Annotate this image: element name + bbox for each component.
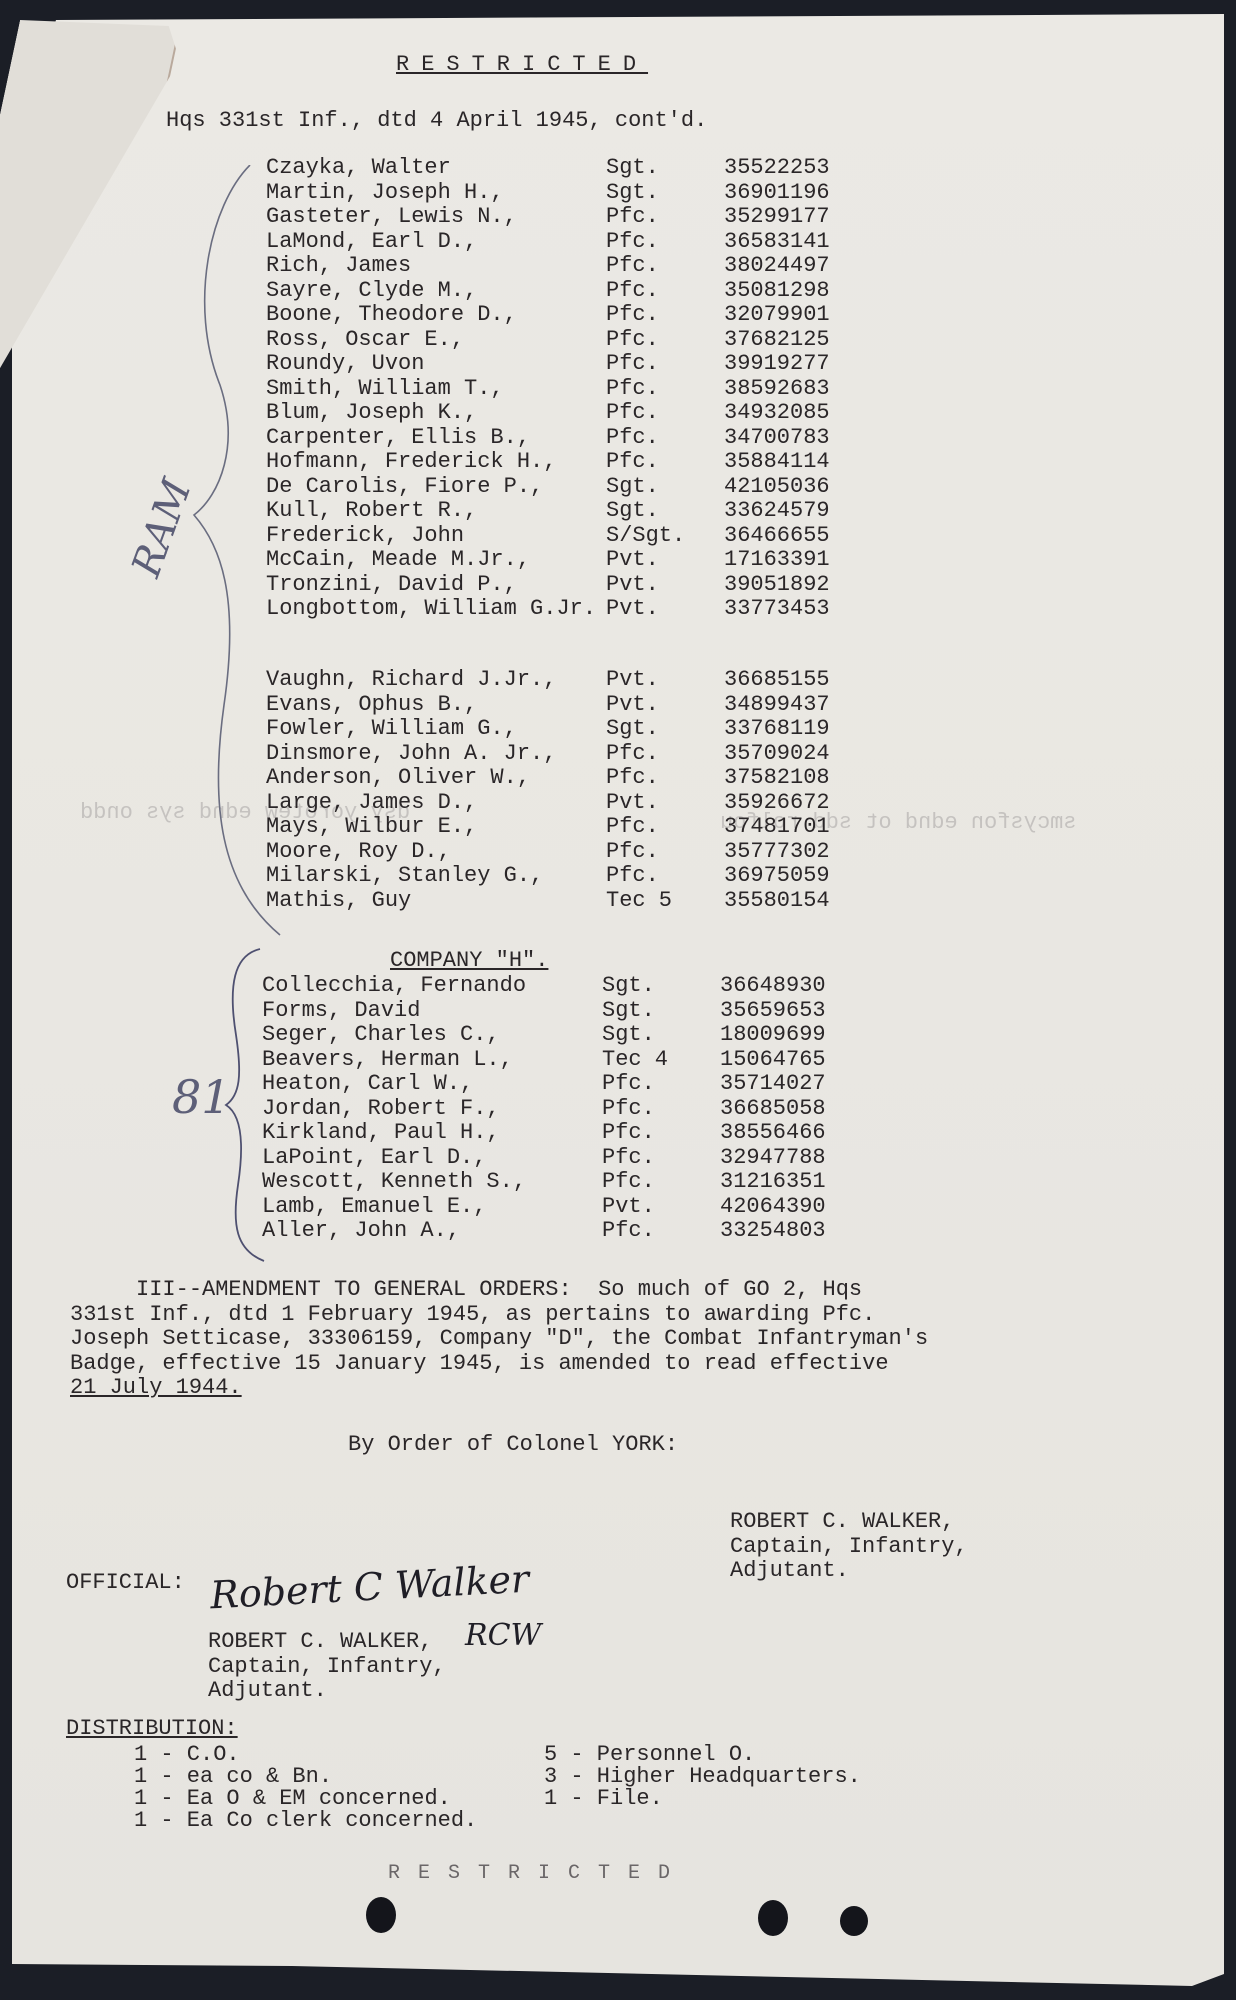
roster-serial: 32079901: [724, 303, 884, 328]
roster-serial: 37582108: [724, 766, 884, 791]
roster-rank: Sgt.: [606, 475, 724, 500]
roster-name: LaMond, Earl D.,: [266, 230, 606, 255]
roster-rank: Pfc.: [606, 766, 724, 791]
roster-row: Frederick, JohnS/Sgt.36466655: [266, 524, 884, 549]
roster-rank: Sgt.: [606, 717, 724, 742]
amendment-line: Joseph Setticase, 33306159, Company "D",…: [70, 1327, 1070, 1352]
roster-row: Heaton, Carl W.,Pfc.35714027: [262, 1072, 880, 1097]
roster-row: Vaughn, Richard J.Jr.,Pvt.36685155: [266, 668, 884, 693]
roster-serial: 18009699: [720, 1023, 880, 1048]
roster-row: Gasteter, Lewis N.,Pfc.35299177: [266, 205, 884, 230]
roster-rank: Pfc.: [606, 450, 724, 475]
roster-serial: 33624579: [724, 499, 884, 524]
roster-rank: Sgt.: [602, 999, 720, 1024]
roster-row: Forms, DavidSgt.35659653: [262, 999, 880, 1024]
punch-hole: [758, 1900, 788, 1936]
roster-name: Longbottom, William G.Jr.: [266, 597, 606, 622]
distribution-section: DISTRIBUTION: 1 - C.O. 1 - ea co & Bn. 1…: [66, 1718, 238, 1740]
roster-row: Boone, Theodore D.,Pfc.32079901: [266, 303, 884, 328]
handwritten-initials: RCW: [465, 1618, 541, 1653]
roster-serial: 39051892: [724, 573, 884, 598]
roster-rank: Pfc.: [602, 1121, 720, 1146]
amendment-line: III--AMENDMENT TO GENERAL ORDERS: So muc…: [70, 1278, 1070, 1303]
roster-name: Seger, Charles C.,: [262, 1023, 602, 1048]
roster-serial: 36583141: [724, 230, 884, 255]
roster-rank: S/Sgt.: [606, 524, 724, 549]
roster-rank: Sgt.: [606, 156, 724, 181]
classification-heading: RESTRICTED: [396, 52, 648, 77]
roster-row: Ross, Oscar E.,Pfc.37682125: [266, 328, 884, 353]
roster-row: De Carolis, Fiore P.,Sgt.42105036: [266, 475, 884, 500]
roster-name: Mathis, Guy: [266, 889, 606, 914]
roster-row: Moore, Roy D.,Pfc.35777302: [266, 840, 884, 865]
roster-row: Milarski, Stanley G.,Pfc.36975059: [266, 864, 884, 889]
roster-row: Kull, Robert R.,Sgt.33624579: [266, 499, 884, 524]
roster-name: Fowler, William G.,: [266, 717, 606, 742]
roster-serial: 35714027: [720, 1072, 880, 1097]
roster-serial: 36975059: [724, 864, 884, 889]
roster-row: Collecchia, FernandoSgt.36648930: [262, 974, 880, 999]
roster-name: Czayka, Walter: [266, 156, 606, 181]
roster-name: Mays, Wilbur E.,: [266, 815, 606, 840]
roster-serial: 36685155: [724, 668, 884, 693]
roster-serial: 33773453: [724, 597, 884, 622]
roster-name: Frederick, John: [266, 524, 606, 549]
roster-rank: Sgt.: [606, 499, 724, 524]
roster-rank: Tec 5: [606, 889, 724, 914]
roster-serial: 36648930: [720, 974, 880, 999]
roster-name: Rich, James: [266, 254, 606, 279]
official-label: OFFICIAL:: [66, 1570, 185, 1595]
roster-row: Kirkland, Paul H.,Pfc.38556466: [262, 1121, 880, 1146]
roster-row: Jordan, Robert F.,Pfc.36685058: [262, 1097, 880, 1122]
roster-name: Sayre, Clyde M.,: [266, 279, 606, 304]
roster-name: Gasteter, Lewis N.,: [266, 205, 606, 230]
roster-name: Forms, David: [262, 999, 602, 1024]
roster-name: Moore, Roy D.,: [266, 840, 606, 865]
distribution-right-list: 5 - Personnel O. 3 - Higher Headquarters…: [544, 1744, 861, 1810]
roster-row: Seger, Charles C.,Sgt.18009699: [262, 1023, 880, 1048]
roster-serial: 35299177: [724, 205, 884, 230]
roster-name: Hofmann, Frederick H.,: [266, 450, 606, 475]
roster-rank: Pfc.: [606, 815, 724, 840]
roster-name: Smith, William T.,: [266, 377, 606, 402]
roster-name: Aller, John A.,: [262, 1219, 602, 1244]
roster-rank: Pvt.: [606, 548, 724, 573]
roster-name: Lamb, Emanuel E.,: [262, 1195, 602, 1220]
roster-name: Beavers, Herman L.,: [262, 1048, 602, 1073]
distribution-item: 1 - Ea Co clerk concerned.: [134, 1810, 477, 1832]
roster-row: Tronzini, David P.,Pvt.39051892: [266, 573, 884, 598]
roster-row: Smith, William T.,Pfc.38592683: [266, 377, 884, 402]
roster-rank: Pfc.: [606, 328, 724, 353]
roster-row: Rich, JamesPfc.38024497: [266, 254, 884, 279]
roster-serial: 33254803: [720, 1219, 880, 1244]
distribution-item: 3 - Higher Headquarters.: [544, 1766, 861, 1788]
distribution-item: 1 - C.O.: [134, 1744, 477, 1766]
signer-rank: Captain, Infantry,: [730, 1535, 968, 1560]
roster-serial: 36685058: [720, 1097, 880, 1122]
margin-note-81: 81: [172, 1070, 231, 1124]
roster-row: Sayre, Clyde M.,Pfc.35081298: [266, 279, 884, 304]
signer-name: ROBERT C. WALKER,: [730, 1510, 968, 1535]
roster-name: Roundy, Uvon: [266, 352, 606, 377]
roster-name: Boone, Theodore D.,: [266, 303, 606, 328]
roster-serial: 32947788: [720, 1146, 880, 1171]
roster-serial: 17163391: [724, 548, 884, 573]
company-h-heading: COMPANY "H".: [390, 948, 548, 973]
roster-rank: Pfc.: [606, 352, 724, 377]
roster-row: Aller, John A.,Pfc.33254803: [262, 1219, 880, 1244]
roster-row: Blum, Joseph K.,Pfc.34932085: [266, 401, 884, 426]
roster-name: Collecchia, Fernando: [262, 974, 602, 999]
roster-row: LaMond, Earl D.,Pfc.36583141: [266, 230, 884, 255]
roster-name: Vaughn, Richard J.Jr.,: [266, 668, 606, 693]
punch-hole: [840, 1906, 868, 1936]
roster-row: Evans, Ophus B.,Pvt.34899437: [266, 693, 884, 718]
roster-rank: Pfc.: [606, 864, 724, 889]
roster-row: Large, James D.,Pvt.35926672: [266, 791, 884, 816]
distribution-title: DISTRIBUTION:: [66, 1718, 238, 1740]
amendment-paragraph: III--AMENDMENT TO GENERAL ORDERS: So muc…: [70, 1278, 1070, 1401]
company-h-roster: Collecchia, FernandoSgt.36648930Forms, D…: [262, 974, 880, 1244]
roster-row: Dinsmore, John A. Jr.,Pfc.35709024: [266, 742, 884, 767]
roster-serial: 39919277: [724, 352, 884, 377]
roster-rank: Pvt.: [606, 791, 724, 816]
distribution-item: 1 - Ea O & EM concerned.: [134, 1788, 477, 1810]
amendment-line: Badge, effective 15 January 1945, is ame…: [70, 1352, 1070, 1377]
roster-serial: 35081298: [724, 279, 884, 304]
roster-serial: 35580154: [724, 889, 884, 914]
roster-serial: 35522253: [724, 156, 884, 181]
roster-serial: 34700783: [724, 426, 884, 451]
roster-name: Anderson, Oliver W.,: [266, 766, 606, 791]
roster-rank: Sgt.: [606, 181, 724, 206]
roster-rank: Pvt.: [606, 597, 724, 622]
roster-serial: 34932085: [724, 401, 884, 426]
roster-rank: Pfc.: [606, 254, 724, 279]
roster-rank: Pfc.: [602, 1097, 720, 1122]
distribution-item: 1 - File.: [544, 1788, 861, 1810]
roster-serial: 35926672: [724, 791, 884, 816]
roster-row: Wescott, Kenneth S.,Pfc.31216351: [262, 1170, 880, 1195]
roster-serial: 33768119: [724, 717, 884, 742]
roster-rank: Pfc.: [602, 1146, 720, 1171]
roster-serial: 38592683: [724, 377, 884, 402]
roster-serial: 35777302: [724, 840, 884, 865]
roster-name: Milarski, Stanley G.,: [266, 864, 606, 889]
roster-block-2: Vaughn, Richard J.Jr.,Pvt.36685155Evans,…: [266, 668, 884, 913]
roster-row: LaPoint, Earl D.,Pfc.32947788: [262, 1146, 880, 1171]
roster-rank: Pvt.: [606, 668, 724, 693]
roster-serial: 37682125: [724, 328, 884, 353]
roster-serial: 35659653: [720, 999, 880, 1024]
roster-serial: 38024497: [724, 254, 884, 279]
roster-name: Blum, Joseph K.,: [266, 401, 606, 426]
roster-row: Hofmann, Frederick H.,Pfc.35884114: [266, 450, 884, 475]
roster-row: Fowler, William G.,Sgt.33768119: [266, 717, 884, 742]
roster-serial: 35884114: [724, 450, 884, 475]
roster-name: Tronzini, David P.,: [266, 573, 606, 598]
official-name: ROBERT C. WALKER,: [208, 1630, 446, 1655]
roster-rank: Tec 4: [602, 1048, 720, 1073]
by-order-line: By Order of Colonel YORK:: [348, 1432, 678, 1457]
roster-rank: Pfc.: [606, 205, 724, 230]
roster-name: Jordan, Robert F.,: [262, 1097, 602, 1122]
roster-name: Kull, Robert R.,: [266, 499, 606, 524]
roster-rank: Pfc.: [606, 303, 724, 328]
roster-serial: 34899437: [724, 693, 884, 718]
roster-rank: Pfc.: [602, 1072, 720, 1097]
footer-classification: RESTRICTED: [388, 1862, 688, 1885]
distribution-item: 1 - ea co & Bn.: [134, 1766, 477, 1788]
roster-rank: Pfc.: [606, 279, 724, 304]
distribution-item: 5 - Personnel O.: [544, 1744, 861, 1766]
roster-rank: Pfc.: [606, 742, 724, 767]
roster-name: Large, James D.,: [266, 791, 606, 816]
roster-name: Kirkland, Paul H.,: [262, 1121, 602, 1146]
roster-name: Evans, Ophus B.,: [266, 693, 606, 718]
roster-name: Carpenter, Ellis B.,: [266, 426, 606, 451]
roster-rank: Pvt.: [606, 693, 724, 718]
roster-serial: 35709024: [724, 742, 884, 767]
roster-rank: Pfc.: [606, 840, 724, 865]
roster-row: Anderson, Oliver W.,Pfc.37582108: [266, 766, 884, 791]
roster-serial: 42064390: [720, 1195, 880, 1220]
roster-name: De Carolis, Fiore P.,: [266, 475, 606, 500]
roster-serial: 36466655: [724, 524, 884, 549]
roster-rank: Pvt.: [602, 1195, 720, 1220]
roster-serial: 36901196: [724, 181, 884, 206]
roster-row: Beavers, Herman L.,Tec 415064765: [262, 1048, 880, 1073]
roster-rank: Sgt.: [602, 974, 720, 999]
official-title: Adjutant.: [208, 1679, 446, 1704]
roster-name: Ross, Oscar E.,: [266, 328, 606, 353]
roster-serial: 42105036: [724, 475, 884, 500]
roster-row: Lamb, Emanuel E.,Pvt.42064390: [262, 1195, 880, 1220]
official-signature-block: ROBERT C. WALKER, Captain, Infantry, Adj…: [208, 1630, 446, 1704]
roster-row: Mays, Wilbur E.,Pfc.37481701: [266, 815, 884, 840]
roster-row: Longbottom, William G.Jr.Pvt.33773453: [266, 597, 884, 622]
roster-rank: Pvt.: [606, 573, 724, 598]
roster-serial: 15064765: [720, 1048, 880, 1073]
authority-signature-block: ROBERT C. WALKER, Captain, Infantry, Adj…: [730, 1510, 968, 1584]
distribution-left-list: 1 - C.O. 1 - ea co & Bn. 1 - Ea O & EM c…: [134, 1744, 477, 1832]
amendment-effective-date: 21 July 1944.: [70, 1376, 1070, 1401]
roster-rank: Sgt.: [602, 1023, 720, 1048]
roster-name: McCain, Meade M.Jr.,: [266, 548, 606, 573]
roster-row: Martin, Joseph H.,Sgt.36901196: [266, 181, 884, 206]
roster-row: Carpenter, Ellis B.,Pfc.34700783: [266, 426, 884, 451]
signer-title: Adjutant.: [730, 1559, 968, 1584]
roster-name: Heaton, Carl W.,: [262, 1072, 602, 1097]
roster-rank: Pfc.: [606, 230, 724, 255]
roster-row: Roundy, UvonPfc.39919277: [266, 352, 884, 377]
roster-row: Czayka, WalterSgt.35522253: [266, 156, 884, 181]
roster-name: Martin, Joseph H.,: [266, 181, 606, 206]
roster-rank: Pfc.: [602, 1170, 720, 1195]
roster-serial: 37481701: [724, 815, 884, 840]
punch-hole: [366, 1897, 396, 1933]
roster-serial: 38556466: [720, 1121, 880, 1146]
roster-name: LaPoint, Earl D.,: [262, 1146, 602, 1171]
roster-rank: Pfc.: [606, 377, 724, 402]
roster-block-1: Czayka, WalterSgt.35522253Martin, Joseph…: [266, 156, 884, 622]
roster-rank: Pfc.: [606, 401, 724, 426]
document-reference: Hqs 331st Inf., dtd 4 April 1945, cont'd…: [166, 108, 707, 133]
roster-name: Wescott, Kenneth S.,: [262, 1170, 602, 1195]
roster-row: McCain, Meade M.Jr.,Pvt.17163391: [266, 548, 884, 573]
roster-rank: Pfc.: [602, 1219, 720, 1244]
roster-rank: Pfc.: [606, 426, 724, 451]
official-rank: Captain, Infantry,: [208, 1655, 446, 1680]
roster-serial: 31216351: [720, 1170, 880, 1195]
roster-name: Dinsmore, John A. Jr.,: [266, 742, 606, 767]
roster-row: Mathis, GuyTec 535580154: [266, 889, 884, 914]
amendment-line: 331st Inf., dtd 1 February 1945, as pert…: [70, 1303, 1070, 1328]
